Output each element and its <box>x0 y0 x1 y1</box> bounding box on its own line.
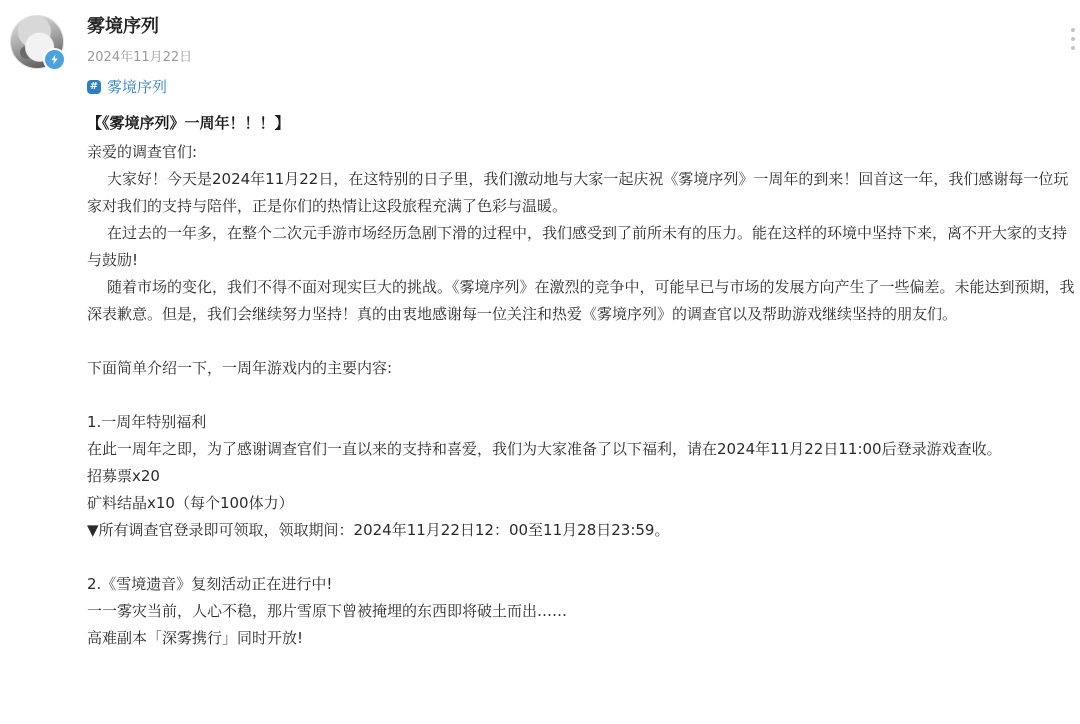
reward-note: ▼所有调查官登录即可领取，领取期间：2024年11月22日12：00至11月28… <box>87 517 1077 544</box>
section-heading: 2.《雪境遗音》复刻活动正在进行中! <box>87 571 1077 598</box>
author-name[interactable]: 雾境序列 <box>87 12 159 38</box>
topic-label: 雾境序列 <box>107 76 167 97</box>
more-vertical-icon <box>1071 28 1075 32</box>
spacer <box>87 544 1077 571</box>
paragraph: 随着市场的变化，我们不得不面对现实巨大的挑战。《雾境序列》在激烈的竞争中，可能早… <box>87 274 1077 328</box>
spacer <box>87 382 1077 409</box>
more-vertical-icon <box>1071 46 1075 50</box>
section-description: 在此一周年之即，为了感谢调查官们一直以来的支持和喜爱，我们为大家准备了以下福利，… <box>87 436 1077 463</box>
section-text: 一一雾灾当前，人心不稳，那片雪原下曾被掩埋的东西即将破土而出…… <box>87 598 1077 625</box>
section-text: 高难副本「深雾携行」同时开放! <box>87 625 1077 652</box>
more-options-button[interactable] <box>1066 28 1080 50</box>
reward-item: 招募票x20 <box>87 463 1077 490</box>
lightning-icon <box>43 48 66 71</box>
greeting: 亲爱的调查官们: <box>87 139 1077 166</box>
topic-link[interactable]: # 雾境序列 <box>87 76 167 97</box>
more-vertical-icon <box>1071 37 1075 41</box>
section-heading: 1.一周年特别福利 <box>87 409 1077 436</box>
post-date: 2024年11月22日 <box>87 46 192 65</box>
reward-item: 矿料结晶x10（每个100体力） <box>87 490 1077 517</box>
paragraph: 在过去的一年多，在整个二次元手游市场经历急剧下滑的过程中，我们感受到了前所未有的… <box>87 220 1077 274</box>
post-content: 【《雾境序列》一周年！！！】 亲爱的调查官们: 大家好！今天是2024年11月2… <box>87 110 1077 652</box>
post-title: 【《雾境序列》一周年！！！】 <box>87 110 1077 137</box>
spacer <box>87 328 1077 355</box>
paragraph: 大家好！今天是2024年11月22日，在这特别的日子里，我们激动地与大家一起庆祝… <box>87 166 1077 220</box>
hashtag-icon: # <box>87 80 101 94</box>
avatar[interactable] <box>10 15 64 69</box>
intro-text: 下面简单介绍一下，一周年游戏内的主要内容: <box>87 355 1077 382</box>
